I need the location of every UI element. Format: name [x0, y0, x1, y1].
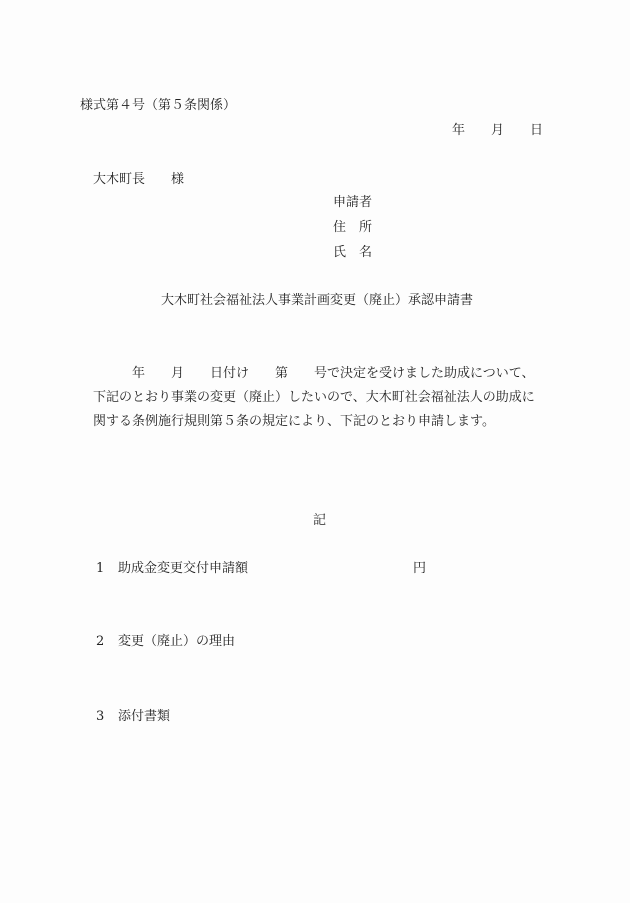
- ki-heading: 記: [313, 513, 326, 528]
- item-3-label: 添付書類: [118, 709, 170, 724]
- item-1-label: 助成金変更交付申請額: [118, 561, 248, 576]
- applicant-name-label: 氏 名: [333, 245, 372, 260]
- body-line-2: 下記のとおり事業の変更（廃止）したいので、大木町社会福祉法人の助成に: [93, 390, 535, 405]
- item-3-number: 3: [96, 709, 104, 724]
- form-number: 様式第４号（第５条関係）: [80, 98, 236, 113]
- body-line-1: 年 月 日付け 第 号で決定を受けました助成について、: [132, 366, 534, 381]
- item-1-number: 1: [96, 561, 104, 576]
- date-line: 年 月 日: [452, 123, 543, 138]
- applicant-address-label: 住 所: [333, 220, 372, 235]
- applicant-label: 申請者: [333, 195, 372, 210]
- addressee: 大木町長 様: [93, 172, 184, 187]
- body-line-3: 関する条例施行規則第５条の規定により、下記のとおり申請します。: [93, 414, 495, 429]
- document-title: 大木町社会福祉法人事業計画変更（廃止）承認申請書: [161, 293, 473, 308]
- item-2-label: 変更（廃止）の理由: [118, 634, 235, 649]
- item-2-number: 2: [96, 634, 104, 649]
- item-1-unit: 円: [413, 561, 426, 576]
